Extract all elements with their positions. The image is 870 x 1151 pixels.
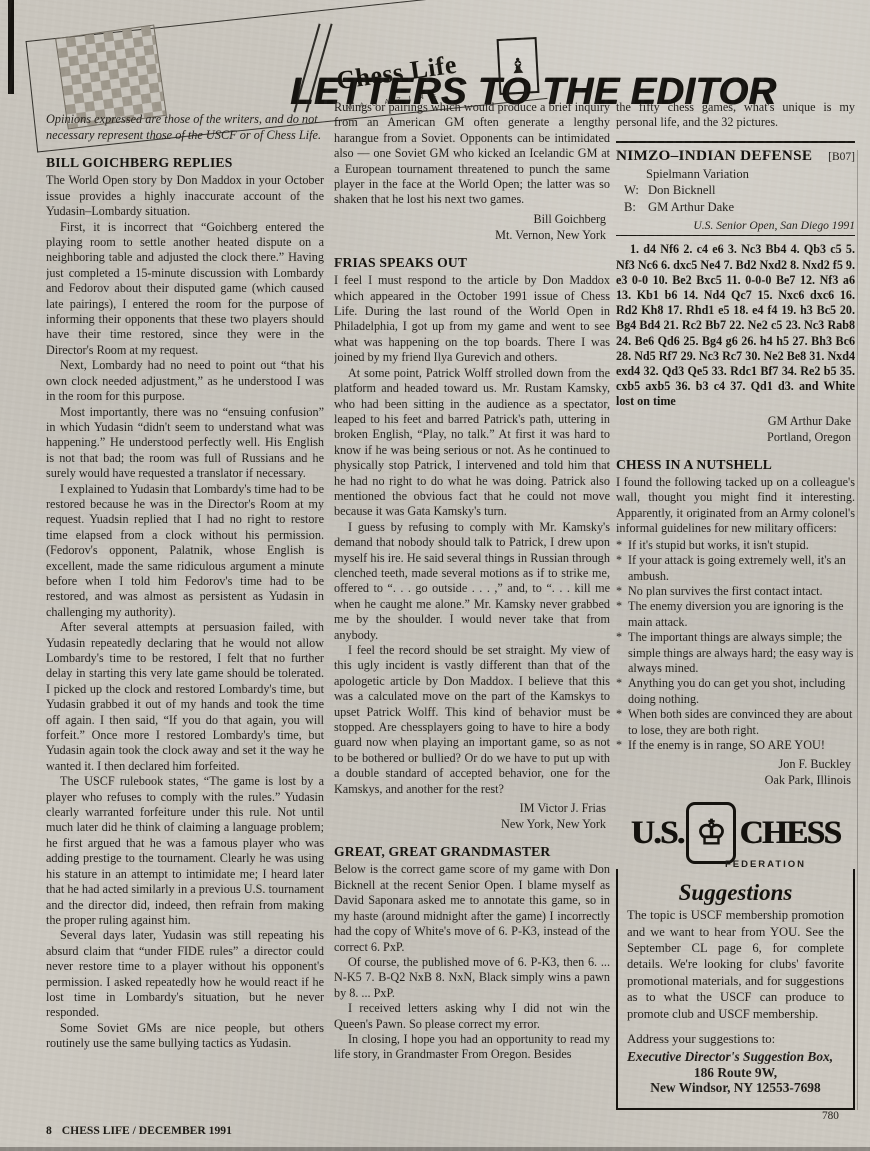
signature-line: Mt. Vernon, New York [334, 227, 606, 243]
paragraph: Next, Lombardy had no need to point out … [46, 358, 324, 404]
signature-line: Portland, Oregon [616, 429, 851, 445]
uscf-federation-text: FEDERATION [616, 857, 855, 872]
paragraph: I explained to Yudasin that Lombardy's t… [46, 482, 324, 621]
goichberg-letter-body: The World Open story by Don Maddox in yo… [46, 173, 324, 1051]
dake-letter-continuation: the fifty chess games, what's unique is … [616, 100, 855, 131]
address-intro: Address your suggestions to: [627, 1032, 844, 1047]
signature-line: New York, New York [334, 816, 606, 832]
signature-line: Bill Goichberg [334, 211, 606, 227]
paragraph: I feel I must respond to the article by … [334, 273, 610, 365]
suggestions-title: Suggestions [627, 885, 844, 900]
footer-left: 8CHESS LIFE / DECEMBER 1991 [46, 1124, 232, 1137]
disclaimer: Opinions expressed are those of the writ… [46, 112, 332, 143]
guideline-item: * If your attack is going extremely well… [616, 553, 855, 584]
letter-heading-frias: FRIAS SPEAKS OUT [334, 255, 610, 270]
goichberg-letter-continuation: Rulings or pairings which would produce … [334, 100, 610, 208]
guideline-item: * When both sides are convinced they are… [616, 707, 855, 738]
signature-goichberg: Bill GoichbergMt. Vernon, New York [334, 211, 606, 243]
event-name: U.S. Senior Open, San Diego 1991 [616, 218, 855, 236]
black-player-row: B:GM Arthur Dake [616, 200, 855, 215]
uscf-chess-text: CHESS [739, 826, 840, 841]
guideline-item: * The enemy diversion you are ignoring i… [616, 599, 855, 630]
white-label: W: [624, 183, 648, 198]
variation-name: Spielmann Variation [616, 167, 855, 182]
signature-line: Oak Park, Illinois [616, 772, 851, 788]
signature-frias: IM Victor J. FriasNew York, New York [334, 800, 606, 832]
scan-edge-line-right [857, 150, 858, 1110]
guideline-text: No plan survives the first contact intac… [628, 584, 855, 599]
guideline-text: If it's stupid but works, it isn't stupi… [628, 538, 855, 553]
guideline-item: * If the enemy is in range, SO ARE YOU! [616, 738, 855, 753]
signature-line: Jon F. Buckley [616, 756, 851, 772]
paragraph: The USCF rulebook states, “The game is l… [46, 774, 324, 928]
paragraph: Of course, the published move of 6. P-K3… [334, 955, 610, 1001]
guideline-item: * If it's stupid but works, it isn't stu… [616, 538, 855, 553]
paragraph: Below is the correct game score of my ga… [334, 862, 610, 954]
guideline-text: Anything you do can get you shot, includ… [628, 676, 855, 707]
signature-dake: GM Arthur DakePortland, Oregon [616, 413, 851, 445]
column-middle: Rulings or pairings which would produce … [334, 100, 610, 1134]
guideline-text: If your attack is going extremely well, … [628, 553, 855, 584]
disclaimer-line1: Opinions expressed are those of the writ… [46, 112, 332, 128]
guideline-text: The enemy diversion you are ignoring is … [628, 599, 855, 630]
nutshell-intro: I found the following tacked up on a col… [616, 475, 855, 537]
guideline-item: * Anything you do can get you shot, incl… [616, 676, 855, 707]
footer-magazine-date: CHESS LIFE / DECEMBER 1991 [62, 1124, 232, 1137]
address-line2: 186 Route 9W, [627, 1065, 844, 1080]
game-score-box: NIMZO–INDIAN DEFENSE [B07] Spielmann Var… [616, 141, 855, 410]
guideline-text: When both sides are convinced they are a… [628, 707, 855, 738]
divider-rule [616, 141, 855, 144]
paragraph: First, it is incorrect that “Goichberg e… [46, 220, 324, 359]
game-moves: 1. d4 Nf6 2. c4 e6 3. Nc3 Bb4 4. Qb3 c5 … [616, 242, 855, 409]
column-left: BILL GOICHBERG REPLIES The World Open st… [46, 155, 324, 1121]
address-line1: Executive Director's Suggestion Box, [627, 1049, 844, 1064]
paragraph: the fifty chess games, what's unique is … [616, 100, 855, 131]
letter-heading-grandmaster: GREAT, GREAT GRANDMASTER [334, 844, 610, 859]
asterisk-marker: * [616, 584, 628, 599]
paragraph: In closing, I hope you had an opportunit… [334, 1032, 610, 1063]
black-player-name: GM Arthur Dake [648, 200, 734, 214]
signature-buckley: Jon F. BuckleyOak Park, Illinois [616, 756, 851, 788]
guideline-item: * The important things are always simple… [616, 630, 855, 676]
nutshell-guidelines: * If it's stupid but works, it isn't stu… [616, 538, 855, 754]
asterisk-marker: * [616, 738, 628, 753]
paragraph: Rulings or pairings which would produce … [334, 100, 610, 208]
asterisk-marker: * [616, 707, 628, 738]
suggestions-box: Suggestions The topic is USCF membership… [616, 869, 855, 1110]
asterisk-marker: * [616, 553, 628, 584]
letter-heading-nutshell: CHESS IN A NUTSHELL [616, 457, 855, 472]
disclaimer-line2: necessary represent those of the USCF or… [46, 128, 332, 144]
signature-line: IM Victor J. Frias [334, 800, 606, 816]
black-label: B: [624, 200, 648, 215]
uscf-logo: U.S. ♔ CHESS FEDERATION [616, 802, 855, 872]
paragraph: I feel the record should be set straight… [334, 643, 610, 797]
column-right: the fifty chess games, what's unique is … [616, 100, 855, 1148]
page-number: 8 [46, 1124, 52, 1137]
paragraph: Some Soviet GMs are nice people, but oth… [46, 1021, 324, 1052]
paragraph: I found the following tacked up on a col… [616, 475, 855, 537]
guideline-item: * No plan survives the first contact int… [616, 584, 855, 599]
white-player-row: W:Don Bicknell [616, 183, 855, 198]
uscf-us-text: U.S. [631, 826, 684, 841]
white-player-name: Don Bicknell [648, 183, 716, 197]
folio-number: 780 [822, 1110, 839, 1122]
game-title-row: NIMZO–INDIAN DEFENSE [B07] [616, 148, 855, 165]
suggestions-body: The topic is USCF membership promotion a… [627, 907, 844, 1022]
asterisk-marker: * [616, 630, 628, 676]
frias-letter-body: I feel I must respond to the article by … [334, 273, 610, 797]
paragraph: After several attempts at persuasion fai… [46, 620, 324, 774]
guideline-text: The important things are always simple; … [628, 630, 855, 676]
signature-line: GM Arthur Dake [616, 413, 851, 429]
magazine-page: Chess Life M A G A Z I N E ♝ LETTERS TO … [0, 0, 870, 1151]
letter-heading-goichberg: BILL GOICHBERG REPLIES [46, 155, 324, 170]
eco-code: [B07] [828, 150, 855, 165]
asterisk-marker: * [616, 599, 628, 630]
paragraph: At some point, Patrick Wolff strolled do… [334, 366, 610, 520]
paragraph: I guess by refusing to comply with Mr. K… [334, 520, 610, 643]
paragraph: I received letters asking why I did not … [334, 1001, 610, 1032]
paragraph: Most importantly, there was no “ensuing … [46, 405, 324, 482]
asterisk-marker: * [616, 676, 628, 707]
grandmaster-letter-body: Below is the correct game score of my ga… [334, 862, 610, 1062]
opening-name: NIMZO–INDIAN DEFENSE [616, 148, 812, 163]
paragraph: The World Open story by Don Maddox in yo… [46, 173, 324, 219]
paragraph: Several days later, Yudasin was still re… [46, 928, 324, 1020]
chess-king-icon: ♔ [686, 802, 736, 864]
uscf-logo-row: U.S. ♔ CHESS [616, 802, 855, 864]
asterisk-marker: * [616, 538, 628, 553]
guideline-text: If the enemy is in range, SO ARE YOU! [628, 738, 855, 753]
king-glyph: ♔ [696, 826, 726, 841]
scan-edge-bar [8, 0, 14, 94]
address-line3: New Windsor, NY 12553-7698 [627, 1080, 844, 1095]
